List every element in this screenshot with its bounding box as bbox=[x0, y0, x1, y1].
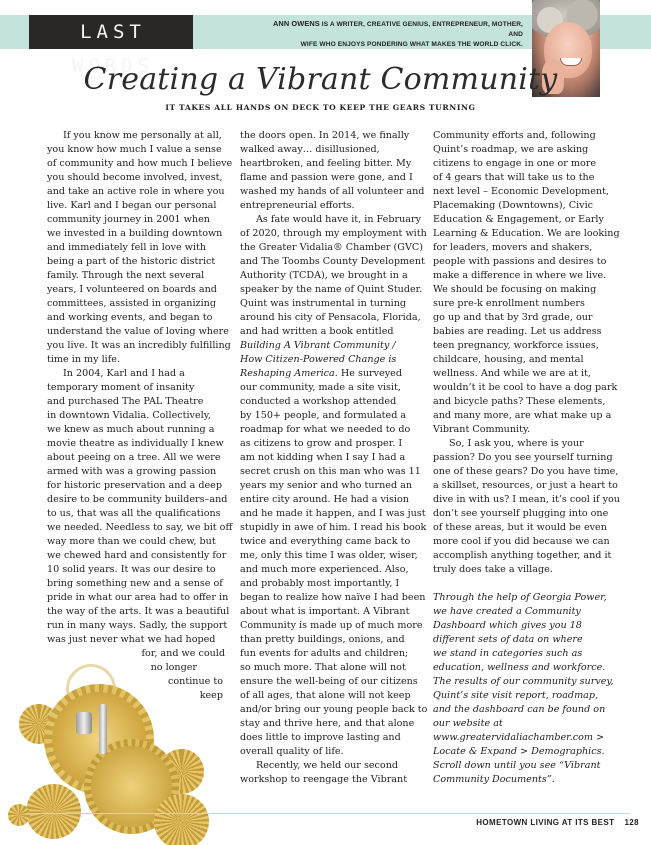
text-line: one of these gears? Do you have time, bbox=[433, 465, 625, 479]
text-line: In 2004, Karl and I had a bbox=[47, 367, 231, 381]
text-line: began to realize how naïve I had been bbox=[240, 591, 420, 605]
text-line: Community efforts and, following bbox=[433, 129, 625, 143]
text-line: movie theatre as individually I knew bbox=[47, 437, 231, 451]
text-line: desire to be community builders–and bbox=[47, 493, 231, 507]
text-line: and bicycle paths? These elements, bbox=[433, 395, 625, 409]
text-line: and much more experienced. Also, bbox=[240, 563, 420, 577]
book-title-line: How Citizen-Powered Change is bbox=[240, 353, 420, 367]
text-line: sure pre-k enrollment numbers bbox=[433, 297, 625, 311]
text-line: roadmap for what we needed to do bbox=[240, 423, 420, 437]
page-footer: HOMETOWN LIVING AT ITS BEST128 bbox=[476, 818, 639, 827]
text-line: committees, assisted in organizing bbox=[47, 297, 231, 311]
text-line: and/or bring our young people back to bbox=[240, 703, 420, 717]
text-line: and working events, and began to bbox=[47, 311, 231, 325]
text-line: and many more, are what make up a bbox=[433, 409, 625, 423]
footer-rule bbox=[30, 813, 630, 814]
author-name: Ann Owens bbox=[273, 19, 320, 28]
text-line: about what is important. A Vibrant bbox=[240, 605, 420, 619]
text-line: we chewed hard and consistently for bbox=[47, 549, 231, 563]
text-line: and had written a book entitled bbox=[240, 325, 420, 339]
gear-icon bbox=[26, 784, 81, 839]
text-line: secret crush on this man who was 11 bbox=[240, 465, 420, 479]
text-line: years, I volunteered on boards and bbox=[47, 283, 231, 297]
text-line: the Greater Vidalia® Chamber (GVC) bbox=[240, 241, 420, 255]
text-line: our website at bbox=[433, 717, 625, 731]
text-line: Authority (TCDA), we brought in a bbox=[240, 269, 420, 283]
sidebar-note: Through the help of Georgia Power, we ha… bbox=[433, 591, 625, 787]
text-line: walked away… disillusioned, bbox=[240, 143, 420, 157]
text-line: the way of the arts. It was a beautiful bbox=[47, 605, 231, 619]
page-number: 128 bbox=[624, 818, 639, 827]
article-title: Creating a Vibrant Community bbox=[0, 60, 651, 100]
text-line: fun events for adults and children; bbox=[240, 647, 420, 661]
text-line: washed my hands of all volunteer and bbox=[240, 185, 420, 199]
text-line: go up and that by 3rd grade, our bbox=[433, 311, 625, 325]
text-line: babies are reading. Let us address bbox=[433, 325, 625, 339]
text-line: more cool if you did because we can bbox=[433, 535, 625, 549]
text-line: teen pregnancy, workforce issues, bbox=[433, 339, 625, 353]
text-line: The results of our community survey, bbox=[433, 675, 625, 689]
text-line: twice and everything came back to bbox=[240, 535, 420, 549]
text-line: dive in with us? I mean, it’s cool if yo… bbox=[433, 493, 625, 507]
text-line: Community Documents”. bbox=[433, 773, 625, 787]
text-line: stupidly in awe of him. I read his book bbox=[240, 521, 420, 535]
text-line: you should become involved, invest, bbox=[47, 171, 231, 185]
text-line: heartbroken, and feeling bitter. My bbox=[240, 157, 420, 171]
text-line: wouldn’t it be cool to have a dog park bbox=[433, 381, 625, 395]
text-line: flame and passion were gone, and I bbox=[240, 171, 420, 185]
book-title-line: Building A Vibrant Community / bbox=[240, 339, 420, 353]
text-line: stay and thrive here, and that alone bbox=[240, 717, 420, 731]
text-line: and purchased The PAL Theatre bbox=[47, 395, 231, 409]
text-line: years my senior and who turned an bbox=[240, 479, 420, 493]
text-line: as citizens to grow and prosper. I bbox=[240, 437, 420, 451]
text-line: being a part of the historic district bbox=[47, 255, 231, 269]
text-line: Community is made up of much more bbox=[240, 619, 420, 633]
gear-icon bbox=[8, 804, 30, 826]
book-title-line: Reshaping America bbox=[240, 368, 335, 379]
text-line: am not kidding when I say I had a bbox=[240, 451, 420, 465]
text-line: a skillset, resources, or just a heart t… bbox=[433, 479, 625, 493]
text-line: Quint’s roadmap, we are asking bbox=[433, 143, 625, 157]
text-line: me, only this time I was older, wiser, bbox=[240, 549, 420, 563]
text-line: and take an active role in where you bbox=[47, 185, 231, 199]
text-line: Education & Engagement, or Early bbox=[433, 213, 625, 227]
text-line: understand the value of loving where bbox=[47, 325, 231, 339]
text-line: about peeing on a tree. All we were bbox=[47, 451, 231, 465]
text-line: conducted a workshop attended bbox=[240, 395, 420, 409]
text-line: So, I ask you, where is your bbox=[433, 437, 625, 451]
text-line: pride in what our area had to offer in bbox=[47, 591, 231, 605]
text-line: of community and how much I believe bbox=[47, 157, 231, 171]
text-line: we have created a Community bbox=[433, 605, 625, 619]
text-line: was just never what we had hoped bbox=[47, 633, 231, 647]
text-line: of 4 gears that will take us to the bbox=[433, 171, 625, 185]
text-line: bring something new and a sense of bbox=[47, 577, 231, 591]
text-line: you know how much I value a sense bbox=[47, 143, 231, 157]
gears-image bbox=[4, 664, 214, 824]
text-line: Learning & Education. We are looking bbox=[433, 227, 625, 241]
website-link[interactable]: www.greatervidaliachamber.com > bbox=[433, 731, 625, 745]
text-line: and immediately fell in love with bbox=[47, 241, 231, 255]
text-line: Scroll down until you see “Vibrant bbox=[433, 759, 625, 773]
text-line: Quint’s site visit report, roadmap, bbox=[433, 689, 625, 703]
text-line: As fate would have it, in February bbox=[240, 213, 420, 227]
text-line: our community, made a site visit, bbox=[240, 381, 420, 395]
text-line: accomplish anything together, and it bbox=[433, 549, 625, 563]
text-line: you live. It was an incredibly fulfillin… bbox=[47, 339, 231, 353]
text-line: people with passions and desires to bbox=[433, 255, 625, 269]
text-line: for leaders, movers and shakers, bbox=[433, 241, 625, 255]
text-line: we knew as much about running a bbox=[47, 423, 231, 437]
text-line: and The Toombs County Development bbox=[240, 255, 420, 269]
text-line: around his city of Pensacola, Florida, bbox=[240, 311, 420, 325]
text-line: of all ages, that alone will not keep bbox=[240, 689, 420, 703]
text-line: of these areas, but it would be even bbox=[433, 521, 625, 535]
text-line: Vibrant Community. bbox=[433, 423, 625, 437]
text-line: different sets of data on where bbox=[433, 633, 625, 647]
text-line: than pretty buildings, onions, and bbox=[240, 633, 420, 647]
text-line: we stand in categories such as bbox=[433, 647, 625, 661]
text-line: Dashboard which gives you 18 bbox=[433, 619, 625, 633]
text-line: wellness. And while we are at it, bbox=[433, 367, 625, 381]
text-line: Through the help of Georgia Power, bbox=[433, 591, 625, 605]
text-line: family. Through the next several bbox=[47, 269, 231, 283]
text-line: community journey in 2001 when bbox=[47, 213, 231, 227]
text-line: in downtown Vidalia. Collectively, bbox=[47, 409, 231, 423]
text-line: overall quality of life. bbox=[240, 745, 420, 759]
text-line: education, wellness and workforce. bbox=[433, 661, 625, 675]
text-line: the doors open. In 2014, we finally bbox=[240, 129, 420, 143]
text-line: for, and we could bbox=[47, 647, 231, 661]
text-line: and the dashboard can be found on bbox=[433, 703, 625, 717]
text-line: don’t see yourself plugging into one bbox=[433, 507, 625, 521]
text-line: next level – Economic Development, bbox=[433, 185, 625, 199]
text-line: speaker by the name of Quint Studer. bbox=[240, 283, 420, 297]
gear-axle bbox=[76, 712, 92, 734]
author-bio: Ann Owens is a writer, creative genius, … bbox=[263, 19, 523, 50]
author-bio-line1: is a writer, creative genius, entreprene… bbox=[320, 21, 523, 38]
gear-icon bbox=[154, 794, 209, 845]
text-line: passion? Do you see yourself turning bbox=[433, 451, 625, 465]
text-line: Quint was instrumental in turning bbox=[240, 297, 420, 311]
text-line: Placemaking (Downtowns), Civic bbox=[433, 199, 625, 213]
text-line: . He surveyed bbox=[335, 368, 402, 379]
text-line: Locate & Expand > Demographics. bbox=[433, 745, 625, 759]
text-line: workshop to reengage the Vibrant bbox=[240, 773, 420, 787]
text-line: citizens to engage in one or more bbox=[433, 157, 625, 171]
text-line: and he made it happen, and I was just bbox=[240, 507, 420, 521]
text-line: 10 solid years. It was our desire to bbox=[47, 563, 231, 577]
author-bio-line2: wife who enjoys pondering what makes the… bbox=[301, 41, 523, 48]
article-column-1: If you know me personally at all, you kn… bbox=[47, 129, 231, 703]
text-line: time in my life. bbox=[47, 353, 231, 367]
publication-name: HOMETOWN LIVING AT ITS BEST bbox=[476, 818, 614, 827]
text-line: we invested in a building downtown bbox=[47, 227, 231, 241]
text-line: entrepreneurial efforts. bbox=[240, 199, 420, 213]
section-tag: LAST WORDS bbox=[29, 15, 193, 49]
text-line: for historic preservation and a deep bbox=[47, 479, 231, 493]
article-column-2: the doors open. In 2014, we finally walk… bbox=[240, 129, 420, 787]
text-line: entire city around. He had a vision bbox=[240, 493, 420, 507]
text-line: we needed. Needless to say, we bit off bbox=[47, 521, 231, 535]
text-line: way more than we could chew, but bbox=[47, 535, 231, 549]
text-line: by 150+ people, and formulated a bbox=[240, 409, 420, 423]
text-line: ensure the well-being of our citizens bbox=[240, 675, 420, 689]
text-line: Recently, we held our second bbox=[240, 759, 420, 773]
text-line: run in many ways. Sadly, the support bbox=[47, 619, 231, 633]
text-line: does little to improve lasting and bbox=[240, 731, 420, 745]
article-subtitle: IT TAKES ALL HANDS ON DECK TO KEEP THE G… bbox=[0, 103, 651, 112]
article-column-3: Community efforts and, following Quint’s… bbox=[433, 129, 625, 787]
text-line: truly does take a village. bbox=[433, 563, 625, 577]
text-line: live. Karl and I began our personal bbox=[47, 199, 231, 213]
text-line: childcare, housing, and mental bbox=[433, 353, 625, 367]
text-line: armed with was a growing passion bbox=[47, 465, 231, 479]
text-line: to us, that was all the qualifications bbox=[47, 507, 231, 521]
paragraph-gap bbox=[433, 577, 625, 591]
gear-axle bbox=[99, 704, 107, 754]
text-line: of 2020, through my employment with bbox=[240, 227, 420, 241]
text-line: temporary moment of insanity bbox=[47, 381, 231, 395]
text-line: and probably most importantly, I bbox=[240, 577, 420, 591]
text-line: If you know me personally at all, bbox=[47, 129, 231, 143]
text-line: make a difference in where we live. bbox=[433, 269, 625, 283]
text-line: We should be focusing on making bbox=[433, 283, 625, 297]
text-line: so much more. That alone will not bbox=[240, 661, 420, 675]
